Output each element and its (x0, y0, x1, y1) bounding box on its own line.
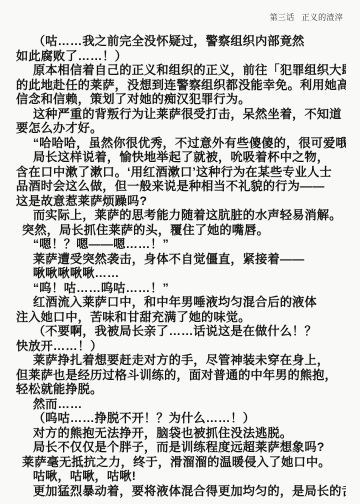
text-line: 突然，局长抓住莱萨的头，覆住了她的嘴唇。 (16, 223, 346, 238)
text-line: 品酒时会这么做，但一般来说是种相当不礼貌的行为—— (16, 179, 346, 194)
text-line: （不要啊，我被局长亲了……话说这是在做什么！？ (16, 324, 346, 339)
text-line: “嗯！？嗯——嗯……！” (16, 237, 346, 252)
text-line: 莱萨挣扎着想要赶走对方的手，尽管神装未穿在身上， (16, 353, 346, 368)
text-line: 红酒流入莱萨口中，和中年男唾液均匀混合后的液体 (16, 295, 346, 310)
text-line: 轻松就能挣脱。 (16, 382, 346, 397)
text-line: 莱萨遭受突然袭击，身体不自觉僵直，紧接着—— (16, 252, 346, 267)
chapter-title: 正义的渣滓 (302, 13, 344, 22)
text-line: 局长不仅仅是个胖子，而是训练程度远超莱萨想象吗? (16, 440, 346, 455)
text-line: “呜！咕……呜咕……！” (16, 281, 346, 296)
novel-page: 第三话正义的渣滓 （咕……我之前完全没怀疑过，警察组织内部竟然如此腐败了……！）… (0, 0, 360, 504)
text-line: 而实际上，莱萨的思考能力随着这肮脏的水声轻易消解。 (16, 208, 346, 223)
text-line: 更加猛烈暴动着，要将液体混合得更加均匀的，是局长的舌头。 (16, 484, 346, 499)
text-line: 的此地赴任的莱萨，没想到连警察组织都没能幸免。利用她高傲的 (16, 78, 346, 93)
text-line: 然而…… (16, 397, 346, 412)
text-line: 注入她口中，苦味和甘甜充满了她的味觉。 (16, 310, 346, 325)
text-line: 局长这样说着，愉快地举起了就被，吮吸着杯中之物， (16, 150, 346, 165)
text-line: 咕啾，咕啾，咕啾! (16, 469, 346, 484)
text-line: 但莱萨也是经历过格斗训练的，面对普通的中年男的熊抱， (16, 368, 346, 383)
text-line: 信念和信赖，策划了对她的痴汉犯罪行为。 (16, 92, 346, 107)
text-line: 对方的熊抱无法挣开，脑袋也被抓住没法逃脱。 (16, 426, 346, 441)
text-line: 啾啾啾啾啾…… (16, 266, 346, 281)
text-line: 如此腐败了……！） (16, 49, 346, 64)
page-header: 第三话正义的渣滓 (0, 0, 360, 23)
body-text: （咕……我之前完全没怀疑过，警察组织内部竟然如此腐败了……！）原本相信着自己的正… (0, 34, 360, 498)
text-line: 要怎么办才好。 (16, 121, 346, 136)
text-line: 快放开……！） (16, 339, 346, 354)
text-line: 原本相信着自己的正义和组织的正义，前往「犯罪组织大肆蔓延」 (16, 63, 346, 78)
text-line: （咕……我之前完全没怀疑过，警察组织内部竟然 (16, 34, 346, 49)
chapter-label: 第三话 (270, 13, 295, 22)
text-line: 莱萨毫无抵抗之力，终于，滑溜溜的温暖侵入了她口中。 (16, 455, 346, 470)
text-line: （呜咕……挣脱不开！？为什么……！） (16, 411, 346, 426)
text-line: 含在口中漱了漱口。‘用红酒漱口’这种行为在某些专业人士 (16, 165, 346, 180)
text-line: 这种严重的背叛行为让莱萨很受打击，呆然坐着，不知道 (16, 107, 346, 122)
text-line: “哈哈哈，虽然你很优秀，不过意外有些傻傻的，很可爱哦。” (16, 136, 346, 151)
text-line: 这是故意惹莱萨烦躁吗? (16, 194, 346, 209)
